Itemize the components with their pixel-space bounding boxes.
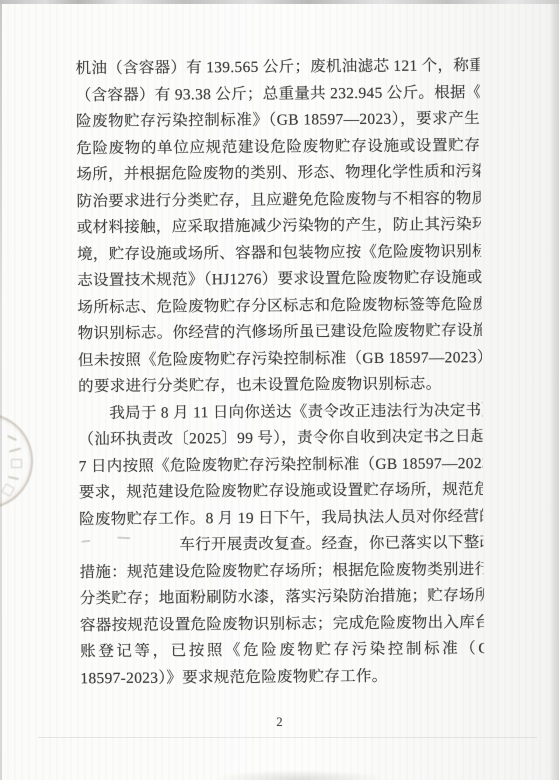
text-line: （含容器）有 93.38 公斤；总重量共 232.945 公斤。根据《危 — [76, 80, 480, 110]
text-line: 7 日内按照《危险废物贮存污染控制标准（GB 18597—2023）》 — [79, 451, 483, 481]
text-line: 志设置技术规范》（HJ1276）要求设置危险废物贮存设施或 — [77, 265, 481, 295]
text-line: 账登记等，已按照《危险废物贮存污染控制标准（GB — [80, 636, 484, 666]
page-curl-shadow — [215, 770, 385, 780]
text-line: 险废物贮存污染控制标准》（GB 18597—2023），要求产生 — [76, 106, 480, 136]
redaction-blank — [79, 545, 179, 550]
text-line: 我局于 8 月 11 日向你送达《责令改正违法行为决定书》 — [78, 398, 482, 428]
text-line: 场所，并根据危险废物的类别、形态、物理化学性质和污染 — [76, 159, 480, 189]
text-line: 或材料接触，应采取措施减少污染物的产生，防止其污染环 — [77, 212, 481, 242]
text-line: 措施：规范建设危险废物贮存场所；根据危险废物类别进行 — [79, 557, 483, 587]
footer-rule — [38, 737, 537, 738]
text-line: 物识别标志。你经营的汽修场所虽已建设危险废物贮存设施， — [78, 318, 482, 348]
text-line: 的要求进行分类贮存，也未设置危险废物识别标志。 — [78, 371, 482, 401]
text-line: 要求，规范建设危险废物贮存设施或设置贮存场所，规范危 — [79, 477, 483, 507]
text-line: 分类贮存；地面粉刷防水漆，落实污染防治措施；贮存场所、 — [80, 583, 484, 613]
text-line: 机油（含容器）有 139.565 公斤；废机油滤芯 121 个，称重 — [76, 53, 480, 83]
scan-edge-right — [549, 0, 559, 780]
scan-edge-left — [0, 0, 2, 780]
text-line: 防治要求进行分类贮存，且应避免危险废物与不相容的物质 — [77, 186, 481, 216]
text-line: （汕环执责改〔2025〕99 号），责令你自收到决定书之日起 — [78, 424, 482, 454]
page-number: 2 — [0, 715, 559, 730]
text-line: 但未按照《危险废物贮存污染控制标准（GB 18597—2023）》 — [78, 345, 482, 375]
text-line: 场所标志、危险废物贮存分区标志和危险废物标签等危险废 — [77, 292, 481, 322]
scan-edge-top — [0, 0, 559, 4]
text-line: 车行开展责改复查。经查，你已落实以下整改 — [79, 530, 483, 560]
text-line: 境，贮存设施或场所、容器和包装物应按《危险废物识别标 — [77, 239, 481, 269]
text-line: 容器按规范设置危险废物识别标志；完成危险废物出入库台 — [80, 610, 484, 640]
text-line: 危险废物的单位应规范建设危险废物贮存设施或设置贮存 — [76, 133, 480, 163]
line-text: 车行开展责改复查。经查，你已落实以下整改 — [179, 534, 483, 553]
text-block: 机油（含容器）有 139.565 公斤；废机油滤芯 121 个，称重（含容器）有… — [76, 53, 485, 692]
text-line: 险废物贮存工作。8 月 19 日下午，我局执法人员对你经营的 — [79, 504, 483, 534]
faint-stamp-seal — [0, 413, 33, 509]
text-line: 18597-2023）》要求规范危险废物贮存工作。 — [80, 663, 484, 693]
scanned-document-page: 机油（含容器）有 139.565 公斤；废机油滤芯 121 个，称重（含容器）有… — [0, 0, 559, 780]
